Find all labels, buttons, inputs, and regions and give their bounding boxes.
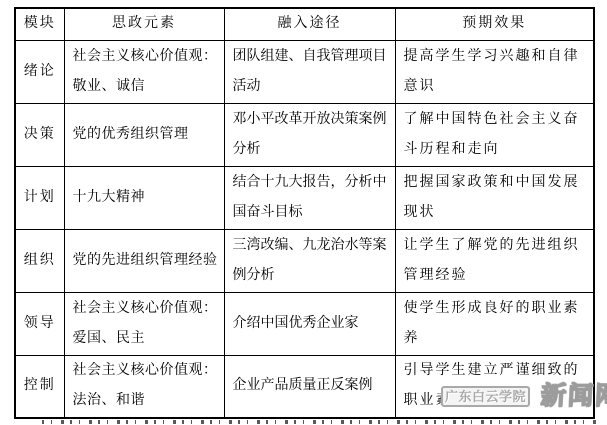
cell-effect: 了解中国特色社会主义奋 斗历程和走向 (395, 103, 594, 166)
cell-module: 领导 (15, 292, 64, 355)
cell-element: 社会主义核心价值观： 敬业、诚信 (64, 40, 224, 103)
table-row: 绪论 社会主义核心价值观： 敬业、诚信 团队组建、自我管理项目 活动 提高学生学… (15, 40, 594, 103)
cell-module: 组织 (15, 229, 64, 292)
cell-element: 社会主义核心价值观： 法治、和谐 (64, 355, 224, 418)
header-element: 思政元素 (64, 8, 224, 40)
cell-element: 党的先进组织管理经验 (64, 229, 224, 292)
header-row: 模块 思政元素 融入途径 预期效果 (15, 8, 594, 40)
cutoff-text-line-remnant (42, 420, 598, 424)
cell-path: 结合十九大报告，分析中 国奋斗目标 (224, 166, 395, 229)
cell-effect: 使学生形成良好的职业素 养 (395, 292, 594, 355)
cell-element: 社会主义核心价值观： 爱国、民主 (64, 292, 224, 355)
cell-effect: 把握国家政策和中国发展 现状 (395, 166, 594, 229)
cell-module: 计划 (15, 166, 64, 229)
cell-path: 三湾改编、九龙治水等案 例分析 (224, 229, 395, 292)
cell-element: 党的优秀组织管理 (64, 103, 224, 166)
watermark-news-net-label: 新闻网 (540, 384, 607, 409)
cell-path: 邓小平改革开放决策案例 分析 (224, 103, 395, 166)
table-row: 领导 社会主义核心价值观： 爱国、民主 介绍中国优秀企业家 使学生形成良好的职业… (15, 292, 594, 355)
cell-effect: 提高学生学习兴趣和自律 意识 (395, 40, 594, 103)
watermark: 广东白云学院 新闻网 (441, 384, 607, 409)
cell-path: 企业产品质量正反案例 (224, 355, 395, 418)
curriculum-ideology-table: 模块 思政元素 融入途径 预期效果 绪论 社会主义核心价值观： 敬业、诚信 团队… (14, 7, 595, 419)
table-row: 组织 党的先进组织管理经验 三湾改编、九龙治水等案 例分析 让学生了解党的先进组… (15, 229, 594, 292)
cell-path: 团队组建、自我管理项目 活动 (224, 40, 395, 103)
cell-module: 控制 (15, 355, 64, 418)
table-row: 计划 十九大精神 结合十九大报告，分析中 国奋斗目标 把握国家政策和中国发展 现… (15, 166, 594, 229)
header-module: 模块 (15, 8, 64, 40)
header-path: 融入途径 (224, 8, 395, 40)
table-row: 决策 党的优秀组织管理 邓小平改革开放决策案例 分析 了解中国特色社会主义奋 斗… (15, 103, 594, 166)
cell-effect: 让学生了解党的先进组织 管理经验 (395, 229, 594, 292)
cell-path: 介绍中国优秀企业家 (224, 292, 395, 355)
watermark-site-logo: 广东白云学院 (441, 386, 530, 407)
cell-element: 十九大精神 (64, 166, 224, 229)
cell-module: 决策 (15, 103, 64, 166)
header-effect: 预期效果 (395, 8, 594, 40)
cell-module: 绪论 (15, 40, 64, 103)
